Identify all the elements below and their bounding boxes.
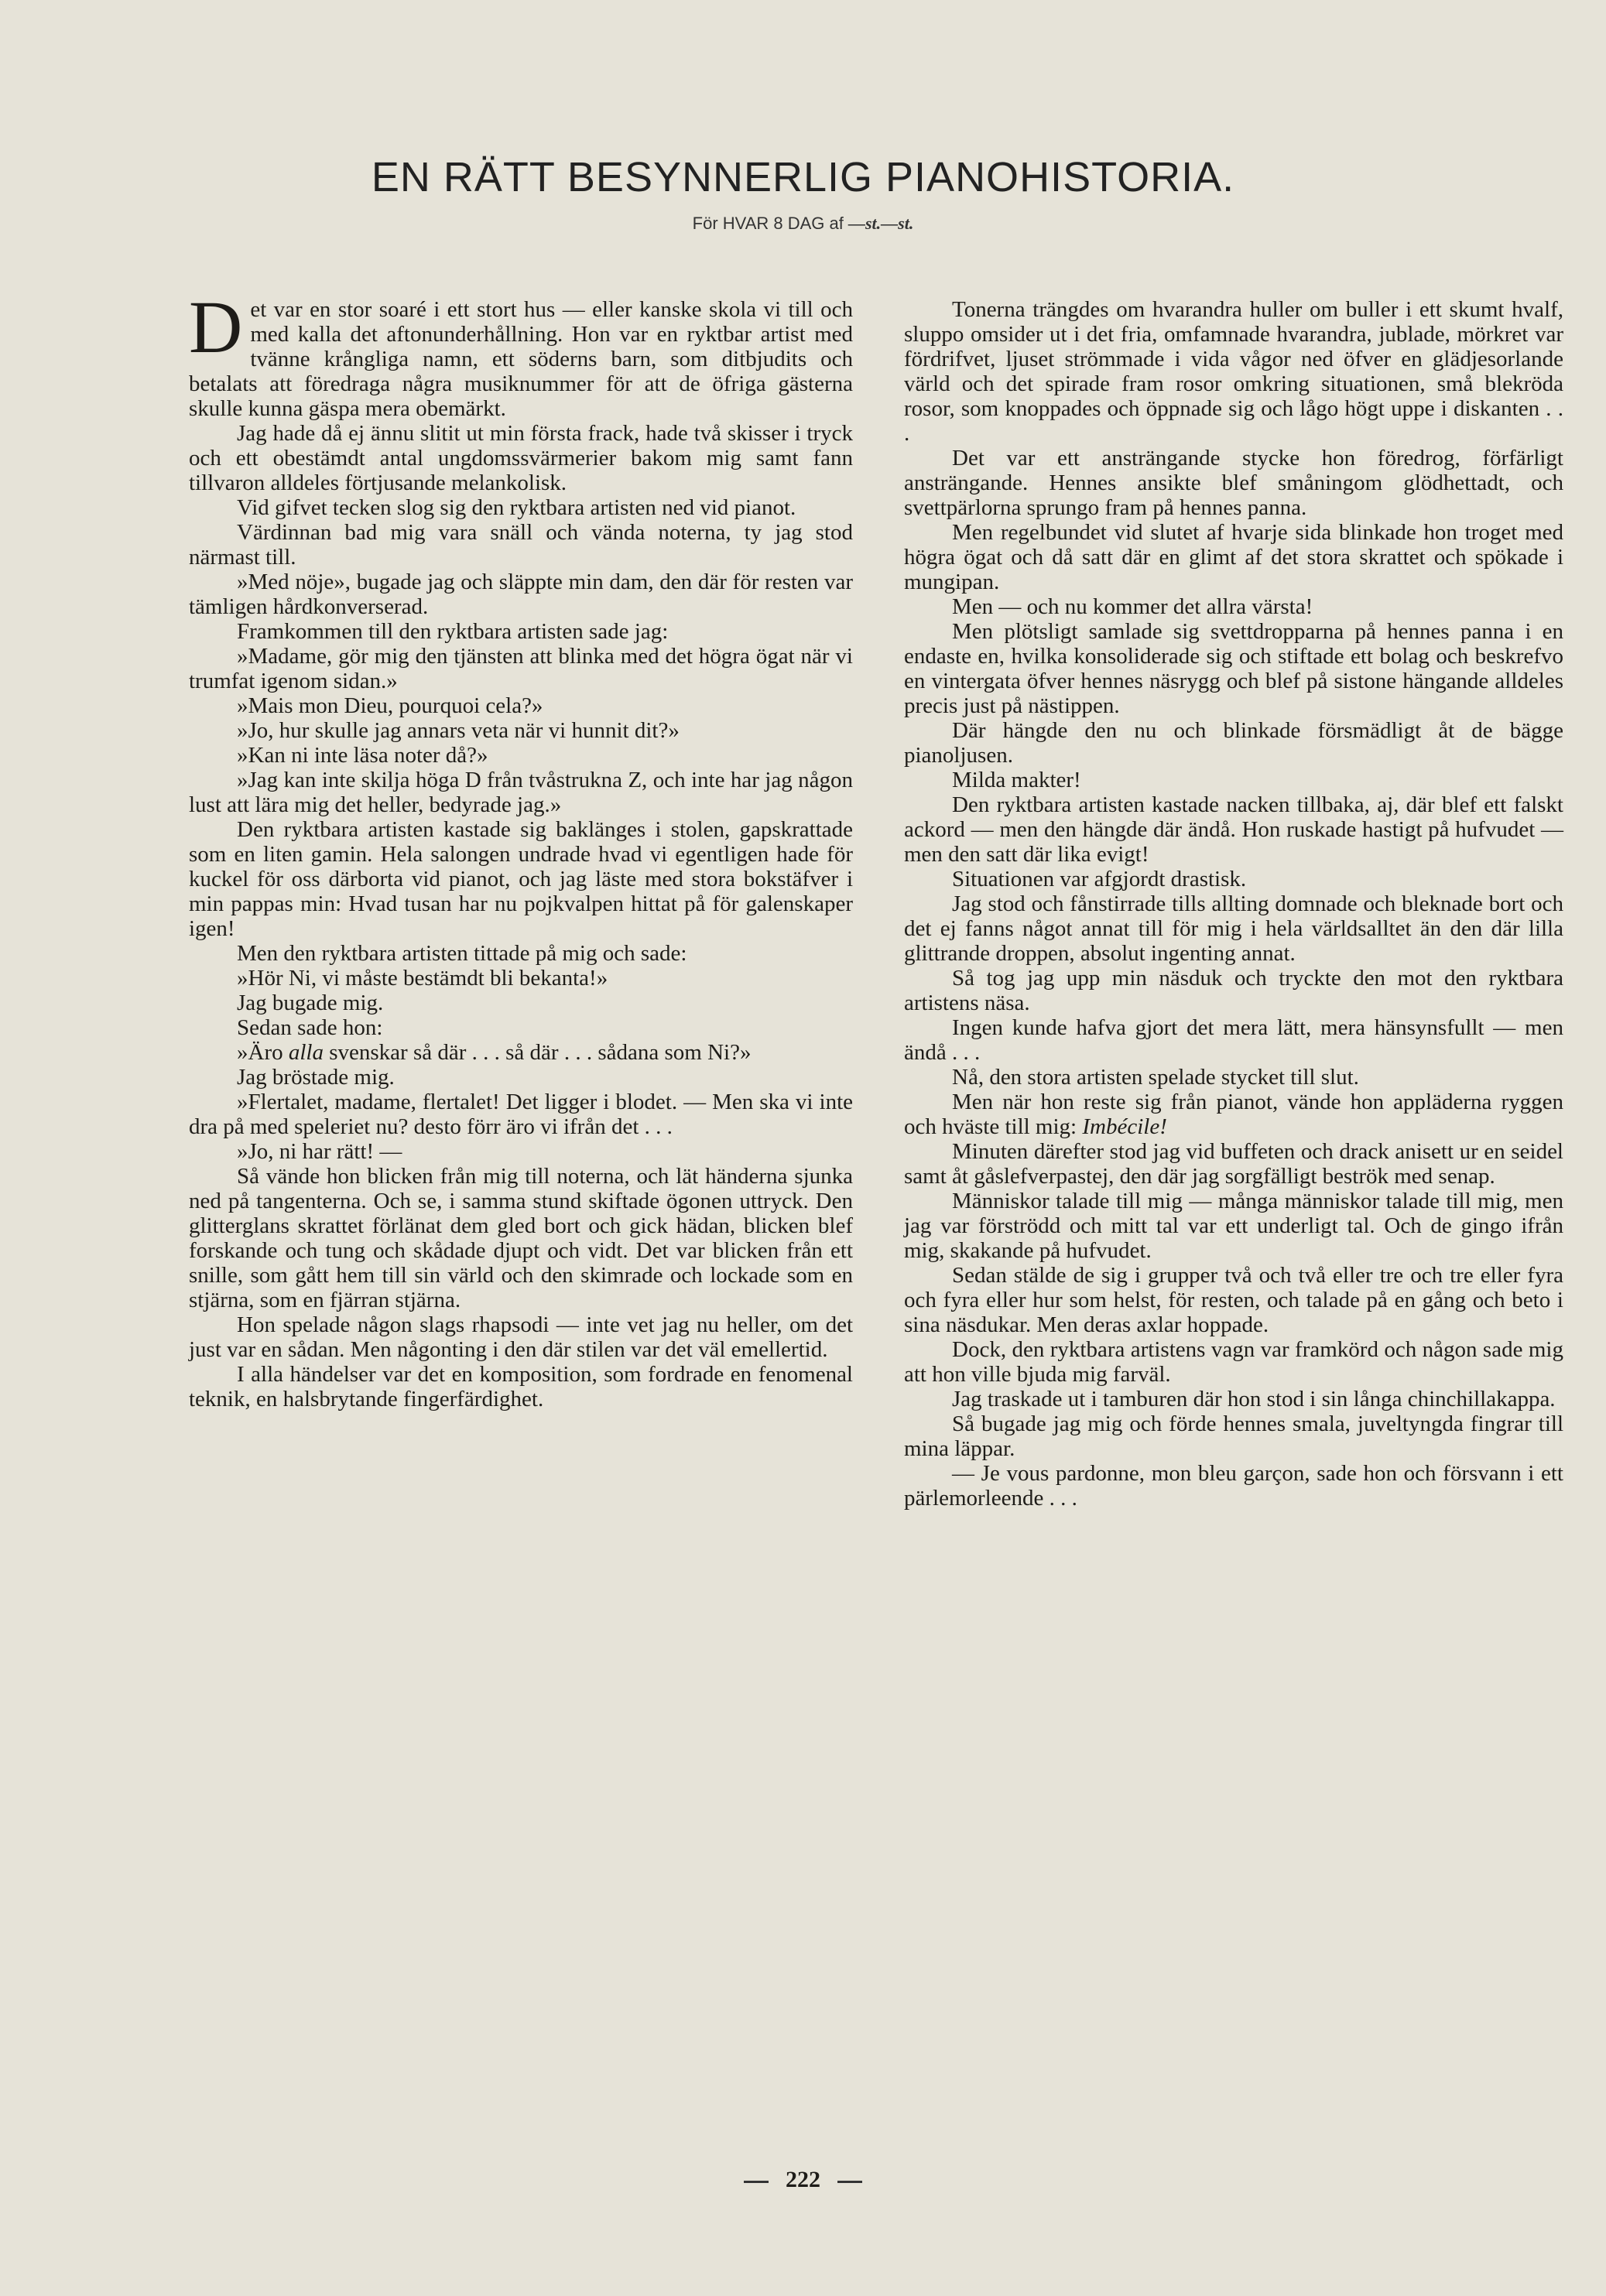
paragraph: »Mais mon Dieu, pourquoi cela?»: [189, 693, 853, 718]
paragraph: Dock, den ryktbara artistens vagn var fr…: [904, 1337, 1563, 1387]
paragraph: Situationen var afgjordt drastisk.: [904, 867, 1563, 891]
dash-right: [837, 2181, 862, 2183]
paragraph: »Hör Ni, vi måste bestämdt bli bekanta!»: [189, 966, 853, 991]
byline: För HVAR 8 DAG af —st.—st.: [0, 214, 1606, 234]
paragraph: Människor talade till mig — många männis…: [904, 1189, 1563, 1263]
paragraph: »Jo, hur skulle jag annars veta när vi h…: [189, 718, 853, 743]
paragraph: Men regelbundet vid slutet af hvarje sid…: [904, 520, 1563, 594]
article-title: EN RÄTT BESYNNERLIG PIANOHISTORIA.: [0, 153, 1606, 201]
paragraph: Ingen kunde hafva gjort det mera lätt, m…: [904, 1015, 1563, 1065]
paragraph: Den ryktbara artisten kastade sig baklän…: [189, 817, 853, 941]
paragraph: I alla händelser var det en komposition,…: [189, 1362, 853, 1411]
paragraph: Milda makter!: [904, 768, 1563, 792]
paragraph: Tonerna trängdes om hvarandra huller om …: [904, 297, 1563, 446]
left-column: Det var en stor soaré i ett stort hus — …: [189, 297, 853, 1411]
paragraph: Framkommen till den ryktbara artisten sa…: [189, 619, 853, 644]
right-column: Tonerna trängdes om hvarandra huller om …: [904, 297, 1563, 1511]
paragraph: Jag bröstade mig.: [189, 1065, 853, 1090]
paragraph: Det var en stor soaré i ett stort hus — …: [189, 297, 853, 421]
paragraph: Men när hon reste sig från pianot, vände…: [904, 1090, 1563, 1139]
paragraph: Sedan sade hon:: [189, 1015, 853, 1040]
emphasis: alla: [289, 1040, 324, 1065]
paragraph: Sedan stälde de sig i grupper två och tv…: [904, 1263, 1563, 1337]
paragraph: »Jag kan inte skilja höga D från tvåstru…: [189, 768, 853, 817]
paragraph: »Madame, gör mig den tjänsten att blinka…: [189, 644, 853, 693]
paragraph: Det var ett ansträngande stycke hon före…: [904, 446, 1563, 520]
paragraph: Så bugade jag mig och förde hennes smala…: [904, 1411, 1563, 1461]
paragraph: Så vände hon blicken från mig till noter…: [189, 1164, 853, 1312]
paragraph: »Med nöje», bugade jag och släppte min d…: [189, 570, 853, 619]
paragraph: Men plötsligt samlade sig svettdropparna…: [904, 619, 1563, 718]
paragraph: Minuten därefter stod jag vid buffeten o…: [904, 1139, 1563, 1189]
paragraph: Jag traskade ut i tamburen där hon stod …: [904, 1387, 1563, 1411]
byline-prefix: För HVAR 8 DAG af: [693, 214, 848, 233]
paragraph: Den ryktbara artisten kastade nacken til…: [904, 792, 1563, 867]
paragraph: Så tog jag upp min näsduk och tryckte de…: [904, 966, 1563, 1015]
paragraph: »Jo, ni har rätt! —: [189, 1139, 853, 1164]
page-number: 222: [0, 2167, 1606, 2193]
dash-left: [744, 2181, 769, 2183]
paragraph: Värdinnan bad mig vara snäll och vända n…: [189, 520, 853, 570]
drop-cap: D: [189, 299, 242, 356]
paragraph: »Kan ni inte läsa noter då?»: [189, 743, 853, 768]
paragraph: Men — och nu kommer det allra värsta!: [904, 594, 1563, 619]
emphasis: Imbécile!: [1082, 1114, 1167, 1139]
paragraph: »Flertalet, madame, flertalet! Det ligge…: [189, 1090, 853, 1139]
paragraph: Nå, den stora artisten spelade stycket t…: [904, 1065, 1563, 1090]
paragraph: Jag bugade mig.: [189, 991, 853, 1015]
page-number-text: 222: [786, 2167, 820, 2192]
paragraph: Jag stod och fånstirrade tills allting d…: [904, 891, 1563, 966]
paragraph: — Je vous pardonne, mon bleu garçon, sad…: [904, 1461, 1563, 1511]
paragraph: »Äro alla svenskar så där . . . så där .…: [189, 1040, 853, 1065]
byline-author: —st.—st.: [848, 214, 913, 233]
paragraph: Jag hade då ej ännu slitit ut min första…: [189, 421, 853, 495]
paragraph: Hon spelade någon slags rhapsodi — inte …: [189, 1312, 853, 1362]
paragraph: Men den ryktbara artisten tittade på mig…: [189, 941, 853, 966]
paragraph: Där hängde den nu och blinkade försmädli…: [904, 718, 1563, 768]
paragraph: Vid gifvet tecken slog sig den ryktbara …: [189, 495, 853, 520]
